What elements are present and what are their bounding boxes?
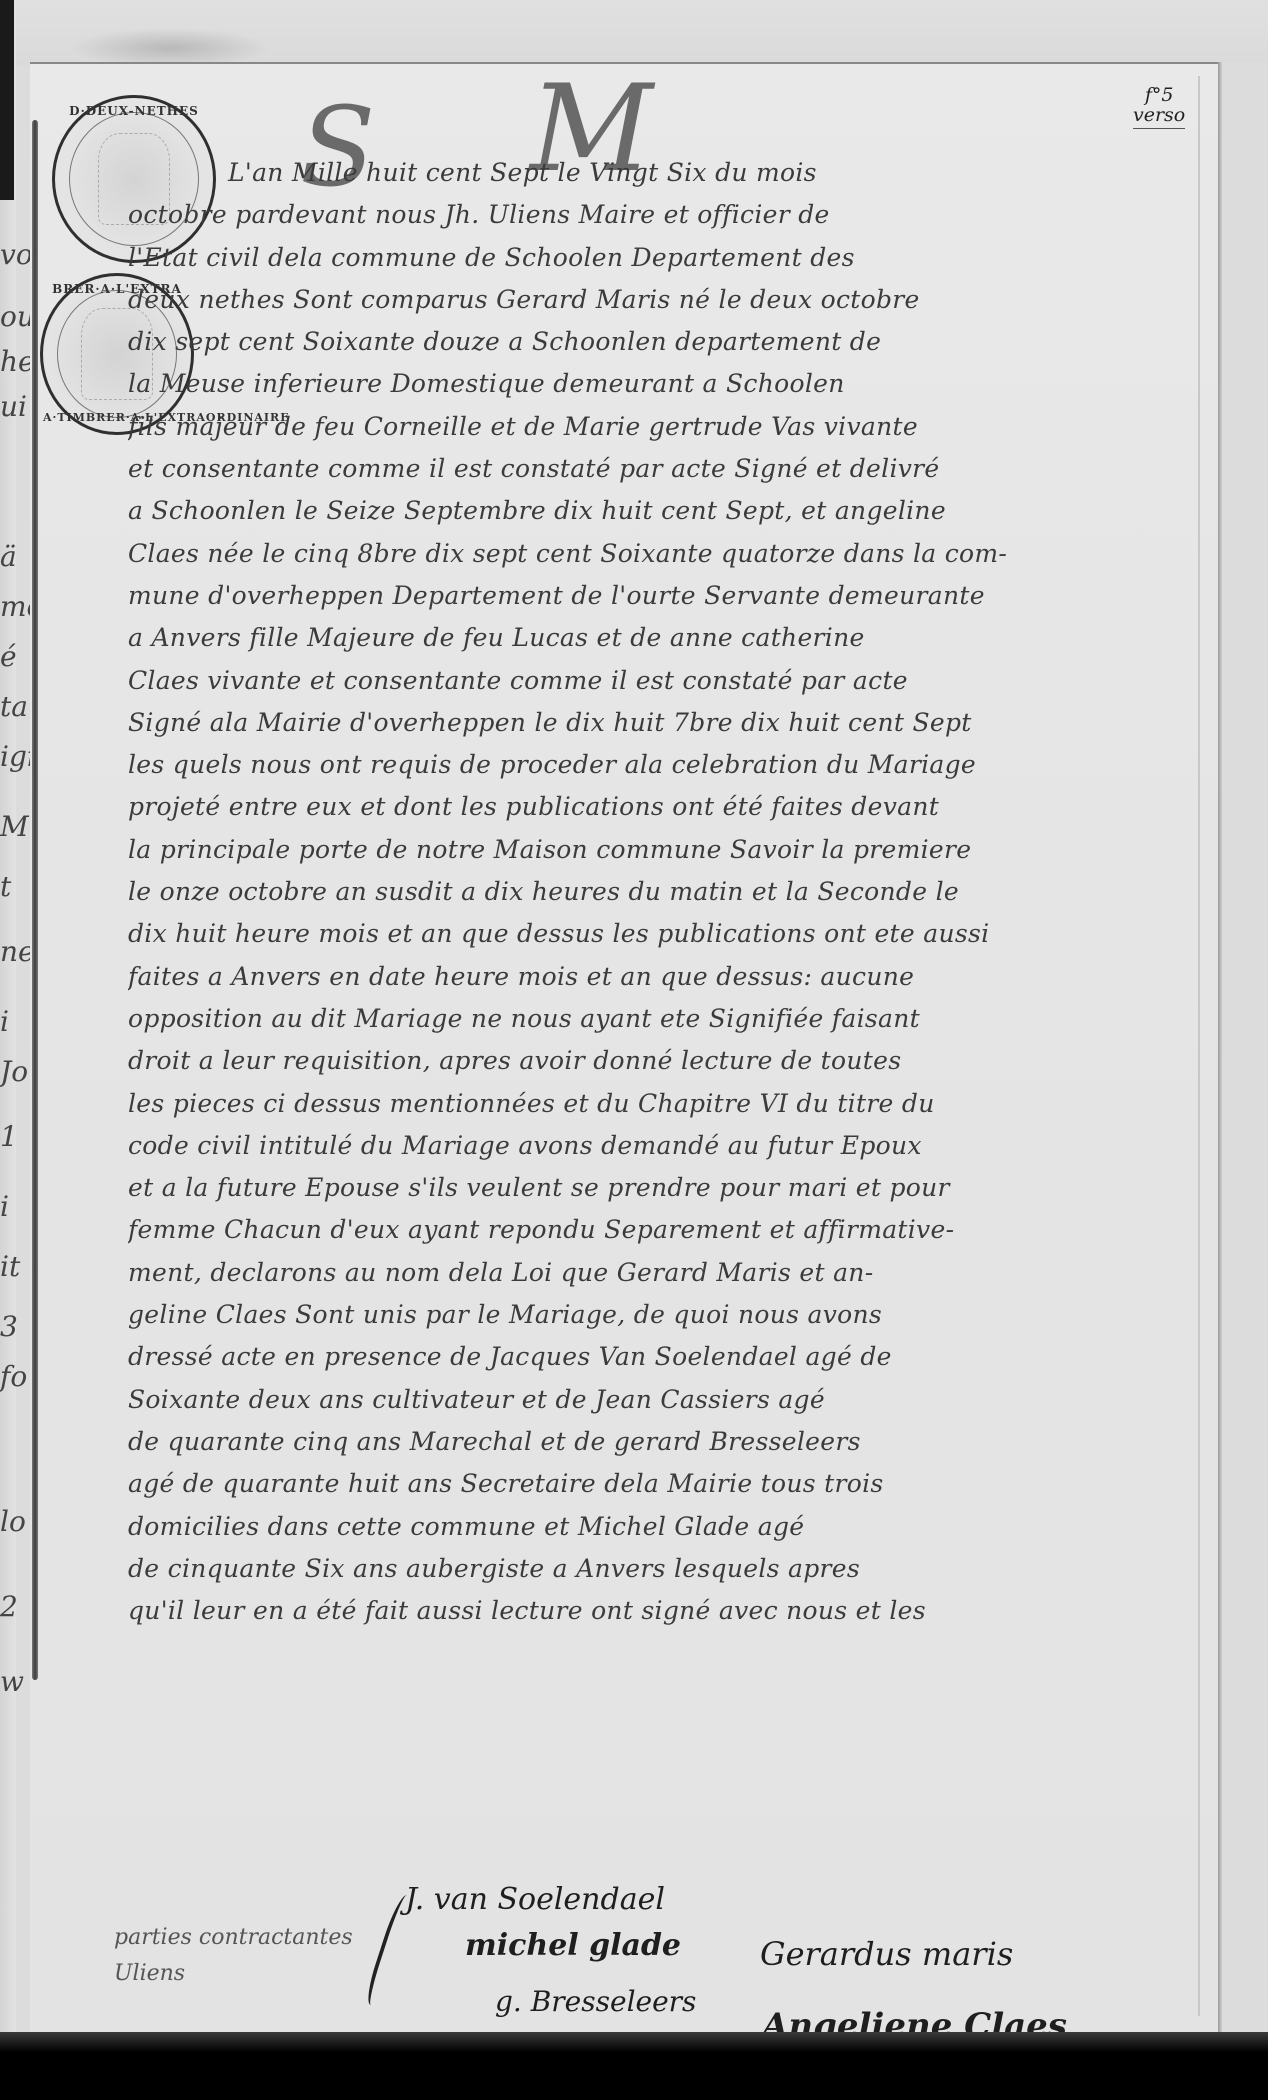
text-line: et consentante comme il est constaté par… (128, 448, 1168, 490)
text-line: dix sept cent Soixante douze a Schoonlen… (128, 321, 1168, 363)
stamp-legend: D·DEUX-NETHES (55, 104, 213, 118)
facing-page-fragment: vo (0, 238, 32, 271)
text-line: geline Claes Sont unis par le Mariage, d… (128, 1294, 1168, 1336)
facing-page-fragment: w (0, 1665, 32, 1698)
record-body: L'an Mille huit cent Sept le Vingt Six d… (128, 152, 1168, 1632)
text-line: a Schoonlen le Seize Septembre dix huit … (128, 490, 1168, 532)
scan-bottom-shadow (0, 2032, 1268, 2100)
text-line: l'Etat civil dela commune de Schoolen De… (128, 237, 1168, 279)
facing-page-fragment: ou (0, 300, 32, 333)
facing-page-fragment: ne (0, 935, 32, 968)
facing-page-fragment: t (0, 870, 32, 903)
text-line: Signé ala Mairie d'overheppen le dix hui… (128, 702, 1168, 744)
page-spine-edge (32, 120, 38, 1680)
facing-page-fragment: i (0, 1190, 32, 1223)
text-line: qu'il leur en a été fait aussi lecture o… (128, 1590, 1168, 1632)
facing-page-fragment: Jo (0, 1055, 32, 1088)
facing-page-fragment: é (0, 640, 32, 673)
facing-page-fragment: M (0, 810, 32, 843)
text-line: la Meuse inferieure Domestique demeurant… (128, 363, 1168, 405)
signature-van-soelendael: J. van Soelendael (405, 1882, 665, 1917)
text-line: mune d'overheppen Departement de l'ourte… (128, 575, 1168, 617)
facing-page-fragment: i (0, 1005, 32, 1038)
facing-page-fragment: 1 (0, 1120, 32, 1153)
text-line: octobre pardevant nous Jh. Uliens Maire … (128, 194, 1168, 236)
text-line: de quarante cinq ans Marechal et de gera… (128, 1421, 1168, 1463)
facing-page-fragment: ui (0, 390, 32, 423)
facing-page-fragment: igi (0, 740, 32, 773)
text-line: fils majeur de feu Corneille et de Marie… (128, 406, 1168, 448)
text-line: la principale porte de notre Maison comm… (128, 829, 1168, 871)
folio-side: verso (1133, 106, 1185, 126)
facing-page-fragment: 2 (0, 1590, 32, 1623)
facing-page-fragment: ta (0, 690, 32, 723)
text-line: ment, declarons au nom dela Loi que Gera… (128, 1252, 1168, 1294)
text-line: L'an Mille huit cent Sept le Vingt Six d… (128, 152, 1168, 194)
closing-text: parties contractantes Uliens (114, 1920, 353, 1992)
facing-page-fragment: me (0, 590, 32, 623)
text-line: dix huit heure mois et an que dessus les… (128, 913, 1168, 955)
signature-groom: Gerardus maris (760, 1935, 1013, 1973)
text-line: droit a leur requisition, apres avoir do… (128, 1040, 1168, 1082)
facing-page-fragment: 3 (0, 1310, 32, 1343)
text-line: Soixante deux ans cultivateur et de Jean… (128, 1379, 1168, 1421)
text-line: code civil intitulé du Mariage avons dem… (128, 1125, 1168, 1167)
text-line: de cinquante Six ans aubergiste a Anvers… (128, 1548, 1168, 1590)
text-line: agé de quarante huit ans Secretaire dela… (128, 1463, 1168, 1505)
facing-page-fragment: fo (0, 1360, 32, 1393)
mayor-signature: Uliens (114, 1956, 353, 1992)
facing-page-fragment: he (0, 345, 32, 378)
next-page-edge (1222, 62, 1268, 2032)
closing-line: parties contractantes (114, 1920, 353, 1956)
text-line: le onze octobre an susdit a dix heures d… (128, 871, 1168, 913)
text-line: Claes née le cinq 8bre dix sept cent Soi… (128, 533, 1168, 575)
facing-page-fragment: it (0, 1250, 32, 1283)
text-line: faites a Anvers en date heure mois et an… (128, 956, 1168, 998)
text-line: et a la future Epouse s'ils veulent se p… (128, 1167, 1168, 1209)
signature-bresseleers: g. Bresseleers (495, 1985, 696, 2018)
text-line: a Anvers fille Majeure de feu Lucas et d… (128, 617, 1168, 659)
text-line: opposition au dit Mariage ne nous ayant … (128, 998, 1168, 1040)
text-line: dressé acte en presence de Jacques Van S… (128, 1336, 1168, 1378)
text-line: les pieces ci dessus mentionnées et du C… (128, 1083, 1168, 1125)
text-line: deux nethes Sont comparus Gerard Maris n… (128, 279, 1168, 321)
signature-michel-glade: michel glade (465, 1928, 681, 1963)
text-line: Claes vivante et consentante comme il es… (128, 660, 1168, 702)
facing-page-fragment: ä (0, 540, 32, 573)
text-line: femme Chacun d'eux ayant repondu Separem… (128, 1209, 1168, 1251)
margin-rule (1198, 76, 1200, 2016)
facing-page-fragment: lo (0, 1505, 32, 1538)
text-line: domicilies dans cette commune et Michel … (128, 1506, 1168, 1548)
folio-number-value: f°5 (1133, 86, 1185, 106)
folio-number: f°5 verso (1133, 86, 1185, 129)
facing-page-fold (0, 0, 14, 200)
text-line: projeté entre eux et dont les publicatio… (128, 786, 1168, 828)
text-line: les quels nous ont requis de proceder al… (128, 744, 1168, 786)
